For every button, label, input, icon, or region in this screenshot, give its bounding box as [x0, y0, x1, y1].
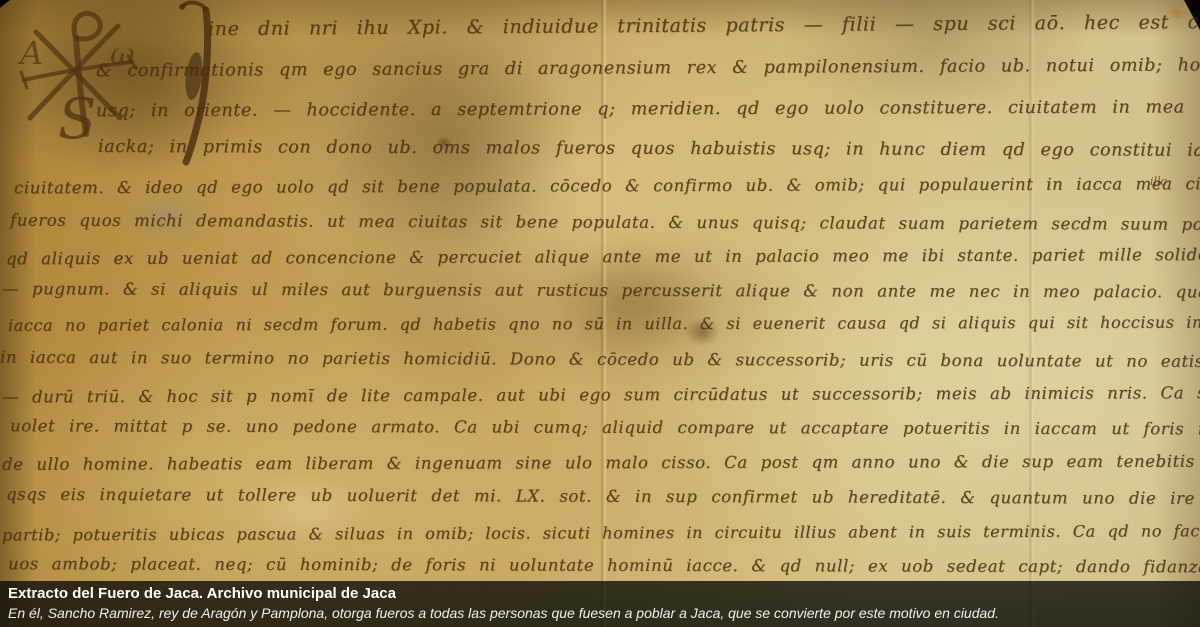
- manuscript-line: — pugnum. & si aliquis ul miles aut burg…: [2, 279, 1200, 302]
- caption-subtitle: En él, Sancho Ramirez, rey de Aragón y P…: [8, 604, 1190, 623]
- manuscript-line: — durū triū. & hoc sit p nomī de lite ca…: [2, 383, 1200, 407]
- manuscript-line: iacca no pariet calonia ni secdm forum. …: [8, 312, 1200, 335]
- manuscript-line: ciuitatem. & ideo qd ego uolo qd sit ben…: [14, 174, 1200, 198]
- chrismon-sigma: S: [58, 87, 96, 152]
- manuscript-line: usq; in oriente. — hoccidente. a septemt…: [96, 97, 1200, 121]
- manuscript-line: partib; potueritis ubicas pascua & silua…: [2, 521, 1200, 545]
- manuscript-line: de ullo homine. habeatis eam liberam & i…: [2, 451, 1200, 474]
- caption-bar: Extracto del Fuero de Jaca. Archivo muni…: [0, 581, 1200, 627]
- manuscript-line: uos ambob; placeat. neq; cū hominib; de …: [8, 554, 1200, 577]
- manuscript-line: uolet ire. mittat p se. uno pedone armat…: [10, 416, 1200, 439]
- manuscript-line: qd aliquis ex ub ueniat ad concencione &…: [6, 245, 1200, 269]
- interlinear-note: illo: [1150, 175, 1167, 188]
- manuscript-photo: A ω S ine dni nri ihu Xpi. & indiuidue t…: [0, 0, 1200, 627]
- chrismon-alpha: A: [17, 34, 43, 72]
- caption-title: Extracto del Fuero de Jaca. Archivo muni…: [8, 584, 1190, 604]
